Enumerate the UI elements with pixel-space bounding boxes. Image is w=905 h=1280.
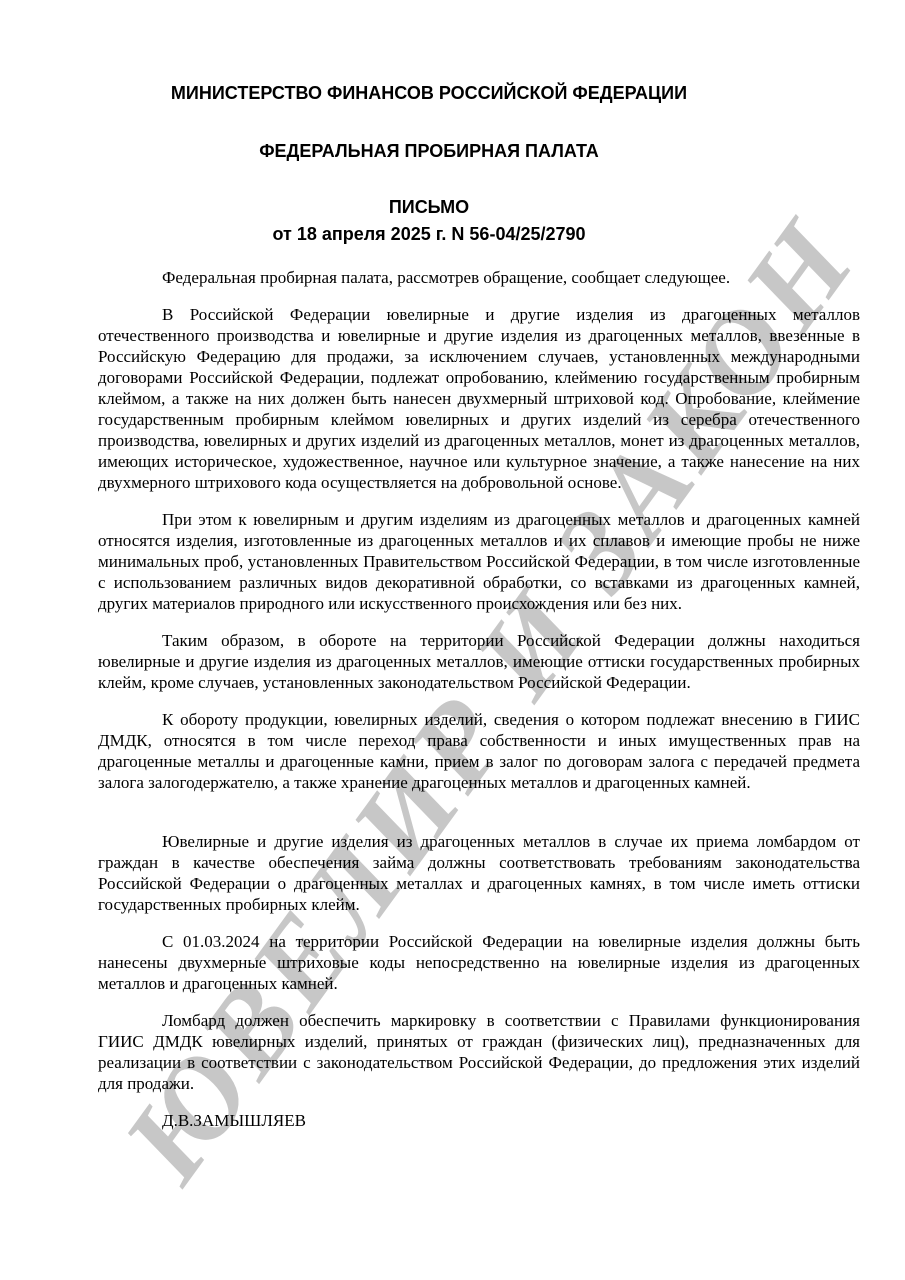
signature-name: Д.В.ЗАМЫШЛЯЕВ [98,1110,860,1131]
letter-body: Федеральная пробирная палата, рассмотрев… [98,267,860,1131]
paragraph-pawnshop-marking: Ломбард должен обеспечить маркировку в с… [98,1010,860,1094]
paragraph-marking-rule: В Российской Федерации ювелирные и други… [98,304,860,493]
letter-content: МИНИСТЕРСТВО ФИНАНСОВ РОССИЙСКОЙ ФЕДЕРАЦ… [0,0,905,1131]
paragraph-definition: При этом к ювелирным и другим изделиям и… [98,509,860,614]
letter-page: ЮВЕЛИР И ЗАКОН МИНИСТЕРСТВО ФИНАНСОВ РОС… [0,0,905,1280]
document-type-title: ПИСЬМО [98,196,760,218]
paragraph-pawnshop-requirements: Ювелирные и другие изделия из драгоценны… [98,831,860,915]
paragraph-conclusion: Таким образом, в обороте на территории Р… [98,630,860,693]
ministry-title: МИНИСТЕРСТВО ФИНАНСОВ РОССИЙСКОЙ ФЕДЕРАЦ… [98,82,760,104]
paragraph-giis-dmdk: К обороту продукции, ювелирных изделий, … [98,709,860,793]
agency-title: ФЕДЕРАЛЬНАЯ ПРОБИРНАЯ ПАЛАТА [98,140,760,162]
letter-header: МИНИСТЕРСТВО ФИНАНСОВ РОССИЙСКОЙ ФЕДЕРАЦ… [98,82,860,245]
document-date-number: от 18 апреля 2025 г. N 56-04/25/2790 [98,223,760,245]
paragraph-intro: Федеральная пробирная палата, рассмотрев… [98,267,860,288]
paragraph-barcode-date: С 01.03.2024 на территории Российской Фе… [98,931,860,994]
